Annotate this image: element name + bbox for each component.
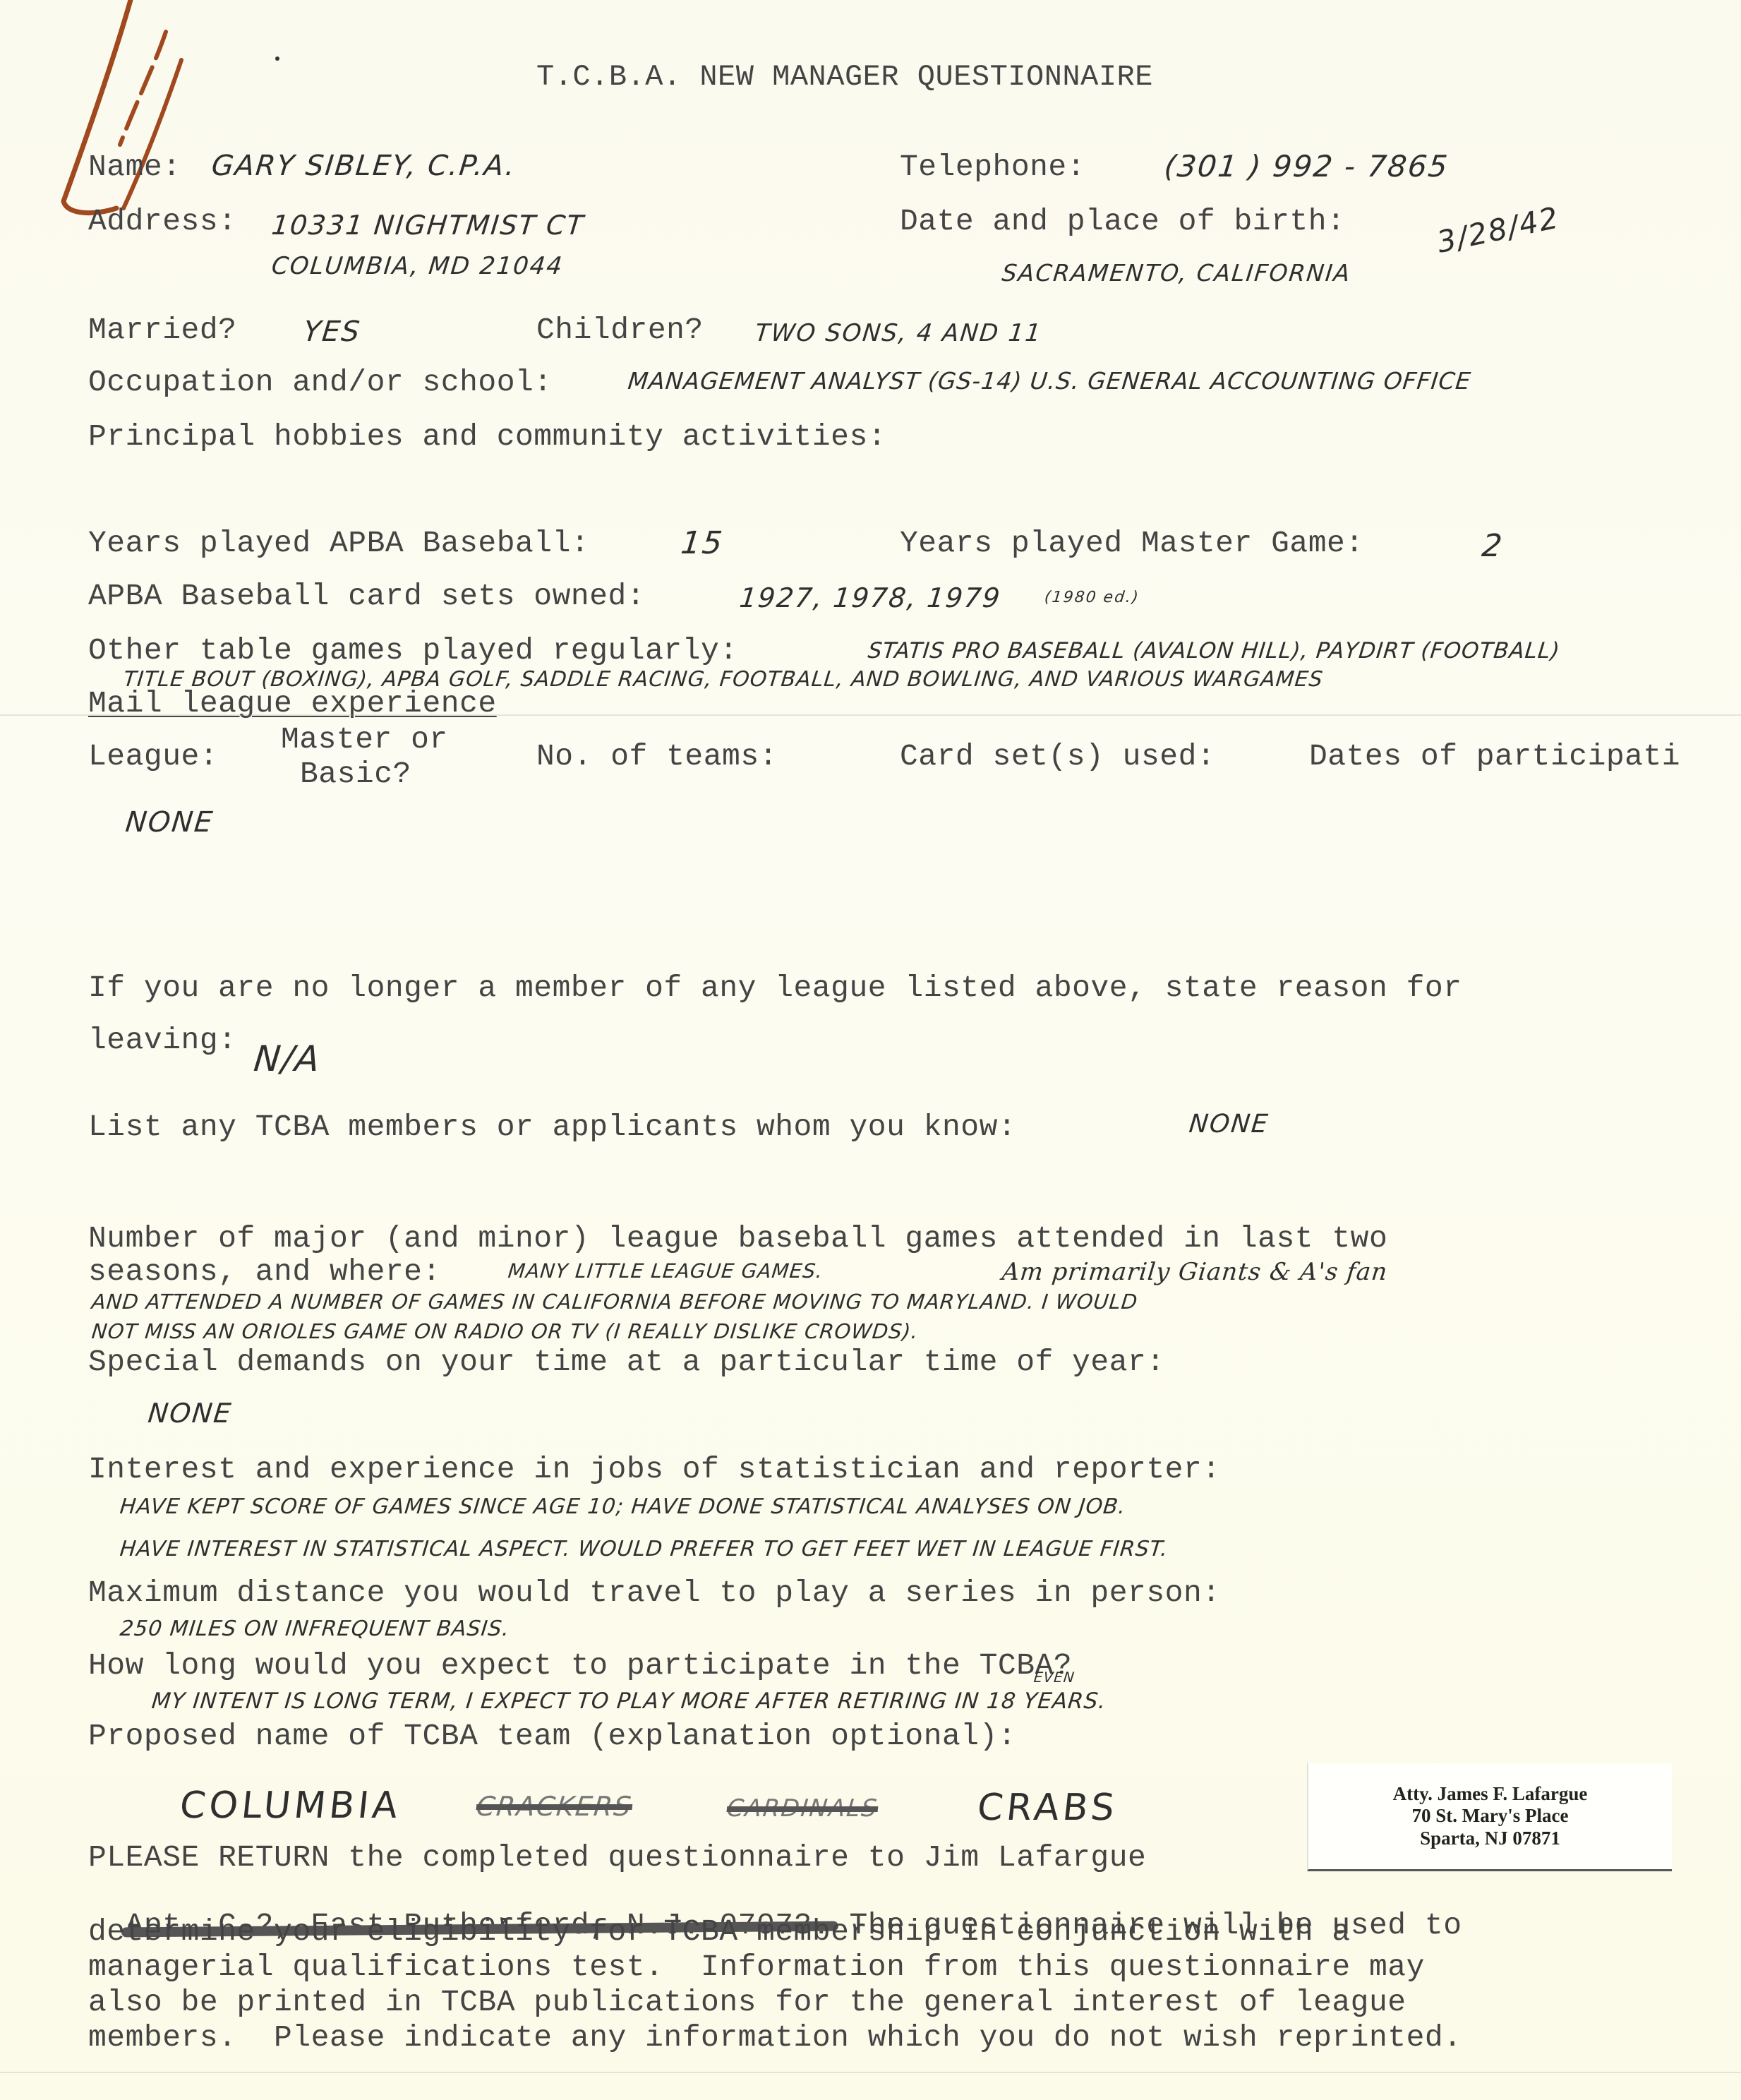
col-league: League: xyxy=(88,741,218,772)
occupation-label: Occupation and/or school: xyxy=(88,367,553,397)
name-value[interactable]: Gary Sibley, C.P.A. xyxy=(210,152,517,180)
leaving-label: leaving: xyxy=(88,1025,236,1055)
stray-mark xyxy=(275,56,279,61)
other-games-line1[interactable]: Statis Pro Baseball (Avalon Hill), Paydi… xyxy=(867,640,1561,662)
col-master-basic-1: Master or xyxy=(281,724,448,755)
leaving-value[interactable]: N/A xyxy=(252,1041,323,1076)
leaving-question: If you are no longer a member of any lea… xyxy=(88,973,1462,1003)
card-sets-value[interactable]: 1927, 1978, 1979 xyxy=(738,584,1002,611)
return-line6: members. Please indicate any information… xyxy=(88,2022,1462,2053)
interest-line2[interactable]: Have interest in statistical aspect. Wou… xyxy=(119,1539,1169,1560)
col-master-basic-2: Basic? xyxy=(300,759,411,789)
attendance-question-2: seasons, and where: xyxy=(88,1256,441,1287)
years-apba-label: Years played APBA Baseball: xyxy=(88,528,589,558)
years-master-value[interactable]: 2 xyxy=(1481,531,1505,562)
team-name-struck-1: Crackers xyxy=(475,1793,634,1820)
duration-label: How long would you expect to participate… xyxy=(88,1650,1072,1681)
address-label: Address: xyxy=(88,206,236,236)
address-stamp: Atty. James F. Lafargue 70 St. Mary's Pl… xyxy=(1307,1763,1672,1871)
col-dates: Dates of participati xyxy=(1309,741,1680,772)
birth-label: Date and place of birth: xyxy=(900,206,1345,236)
duration-insert: even xyxy=(1033,1670,1076,1684)
members-known-label: List any TCBA members or applicants whom… xyxy=(88,1112,1016,1142)
telephone-label: Telephone: xyxy=(900,152,1085,182)
team-name-prefix[interactable]: Columbia xyxy=(178,1787,403,1824)
occupation-value[interactable]: Management Analyst (GS-14) U.S. General … xyxy=(627,369,1472,392)
married-label: Married? xyxy=(88,315,236,345)
members-known-value[interactable]: None xyxy=(1188,1112,1270,1137)
interest-label: Interest and experience in jobs of stati… xyxy=(88,1454,1221,1484)
paper-fold-bottom xyxy=(0,2072,1741,2073)
card-sets-label: APBA Baseball card sets owned: xyxy=(88,581,645,611)
telephone-value[interactable]: (301 ) 992 - 7865 xyxy=(1163,152,1450,181)
children-value[interactable]: Two sons, 4 and 11 xyxy=(754,321,1043,345)
card-sets-note: (1980 ed.) xyxy=(1044,590,1140,606)
team-name-struck-2: Cardinals xyxy=(725,1796,879,1820)
stamp-line3: Sparta, NJ 07871 xyxy=(1420,1828,1560,1849)
distance-value[interactable]: 250 miles on infrequent basis. xyxy=(119,1619,510,1640)
children-label: Children? xyxy=(536,315,704,345)
stamp-line1: Atty. James F. Lafargue xyxy=(1393,1783,1588,1805)
married-value[interactable]: Yes xyxy=(302,318,362,346)
special-demands-label: Special demands on your time at a partic… xyxy=(88,1347,1165,1377)
attendance-answer-3[interactable]: not miss an Orioles game on radio or TV … xyxy=(90,1321,919,1342)
col-no-teams: No. of teams: xyxy=(536,741,778,772)
team-name-final[interactable]: Crabs xyxy=(975,1789,1119,1826)
years-master-label: Years played Master Game: xyxy=(900,528,1364,558)
league-entry-none[interactable]: None xyxy=(124,808,215,836)
return-line4: managerial qualifications test. Informat… xyxy=(88,1952,1425,1982)
other-games-label: Other table games played regularly: xyxy=(88,635,738,666)
years-apba-value[interactable]: 15 xyxy=(680,528,725,559)
birth-date[interactable]: 3/28/42 xyxy=(1435,203,1562,258)
return-line5: also be printed in TCBA publications for… xyxy=(88,1987,1406,2017)
attendance-answer-1b[interactable]: Am primarily Giants & A's fan xyxy=(1001,1260,1389,1284)
col-card-sets: Card set(s) used: xyxy=(900,741,1215,772)
interest-line1[interactable]: Have kept score of games since age 10; H… xyxy=(119,1496,1126,1518)
attendance-question-1: Number of major (and minor) league baseb… xyxy=(88,1223,1387,1254)
form-title: T.C.B.A. NEW MANAGER QUESTIONNAIRE xyxy=(536,62,1153,92)
hobbies-label: Principal hobbies and community activiti… xyxy=(88,421,886,452)
name-label: Name: xyxy=(88,152,181,182)
team-name-label: Proposed name of TCBA team (explanation … xyxy=(88,1721,1016,1751)
distance-label: Maximum distance you would travel to pla… xyxy=(88,1578,1221,1608)
attendance-answer-1[interactable]: many Little League games. xyxy=(507,1261,824,1281)
duration-value[interactable]: My intent is long term, I expect to play… xyxy=(150,1691,1107,1712)
special-demands-value[interactable]: None xyxy=(147,1400,234,1427)
paper-fold xyxy=(0,714,1741,716)
return-line3: determine your eligibility for TCBA memb… xyxy=(88,1916,1351,1947)
red-check-mark-icon xyxy=(53,0,187,226)
return-line1: PLEASE RETURN the completed questionnair… xyxy=(88,1842,1146,1873)
address-line2[interactable]: Columbia, MD 21044 xyxy=(270,254,565,278)
attendance-answer-2[interactable]: and attended a number of games in Califo… xyxy=(90,1292,1138,1312)
stamp-line2: 70 St. Mary's Place xyxy=(1412,1805,1569,1827)
birth-place[interactable]: Sacramento, California xyxy=(1001,261,1352,284)
address-line1[interactable]: 10331 Nightmist Ct xyxy=(270,212,586,239)
